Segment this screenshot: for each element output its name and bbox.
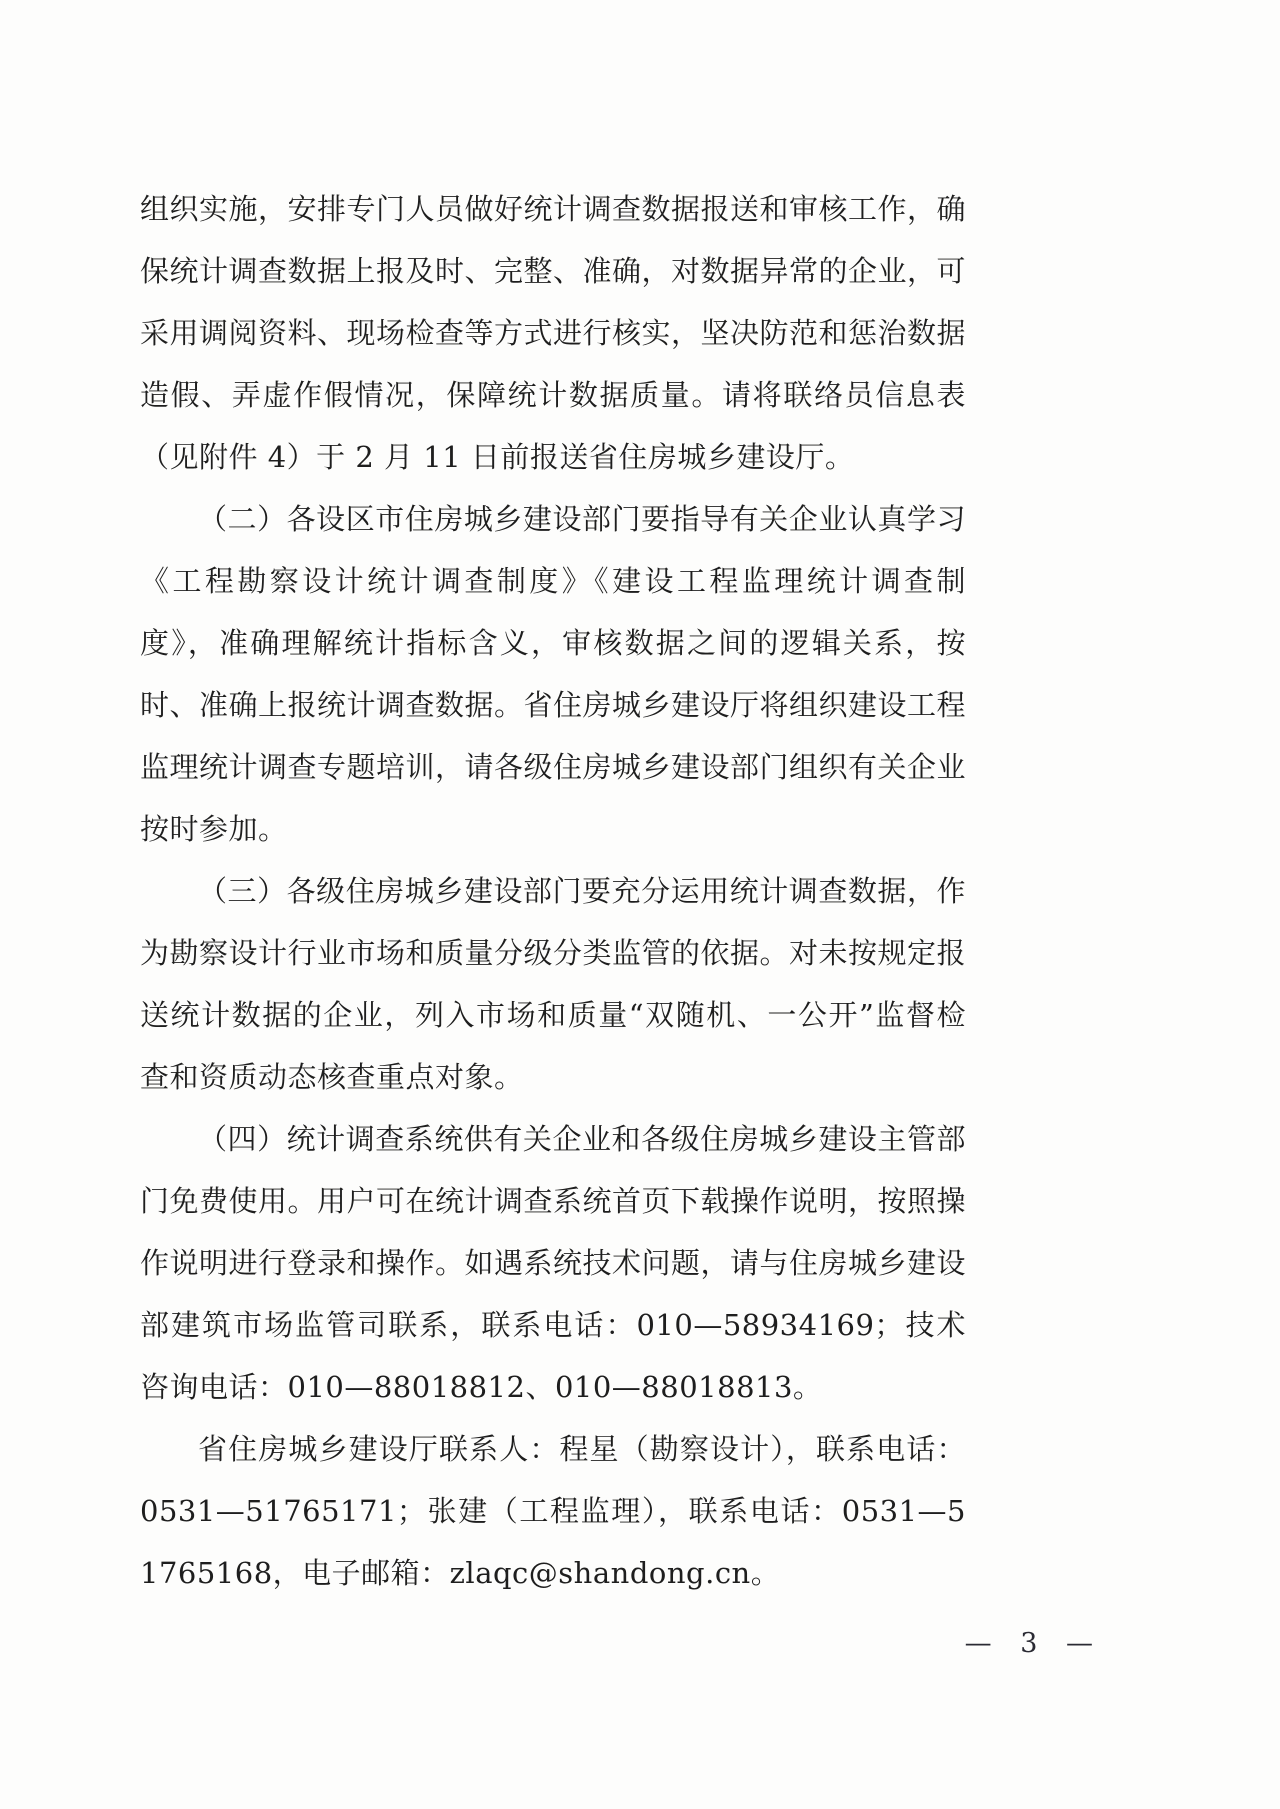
document-body: 组织实施，安排专门人员做好统计调查数据报送和审核工作，确保统计调查数据上报及时、… [140, 178, 966, 1604]
paragraph-continuation: 组织实施，安排专门人员做好统计调查数据报送和审核工作，确保统计调查数据上报及时、… [140, 178, 966, 488]
paragraph-item-2: （二）各设区市住房城乡建设部门要指导有关企业认真学习《工程勘察设计统计调查制度》… [140, 488, 966, 860]
document-page: 组织实施，安排专门人员做好统计调查数据报送和审核工作，确保统计调查数据上报及时、… [0, 0, 1280, 1809]
paragraph-contact-info: 省住房城乡建设厅联系人：程星（勘察设计），联系电话：0531—51765171；… [140, 1418, 966, 1604]
paragraph-item-4: （四）统计调查系统供有关企业和各级住房城乡建设主管部门免费使用。用户可在统计调查… [140, 1108, 966, 1418]
page-number: — 3 — [965, 1628, 1095, 1659]
paragraph-item-3: （三）各级住房城乡建设部门要充分运用统计调查数据，作为勘察设计行业市场和质量分级… [140, 860, 966, 1108]
